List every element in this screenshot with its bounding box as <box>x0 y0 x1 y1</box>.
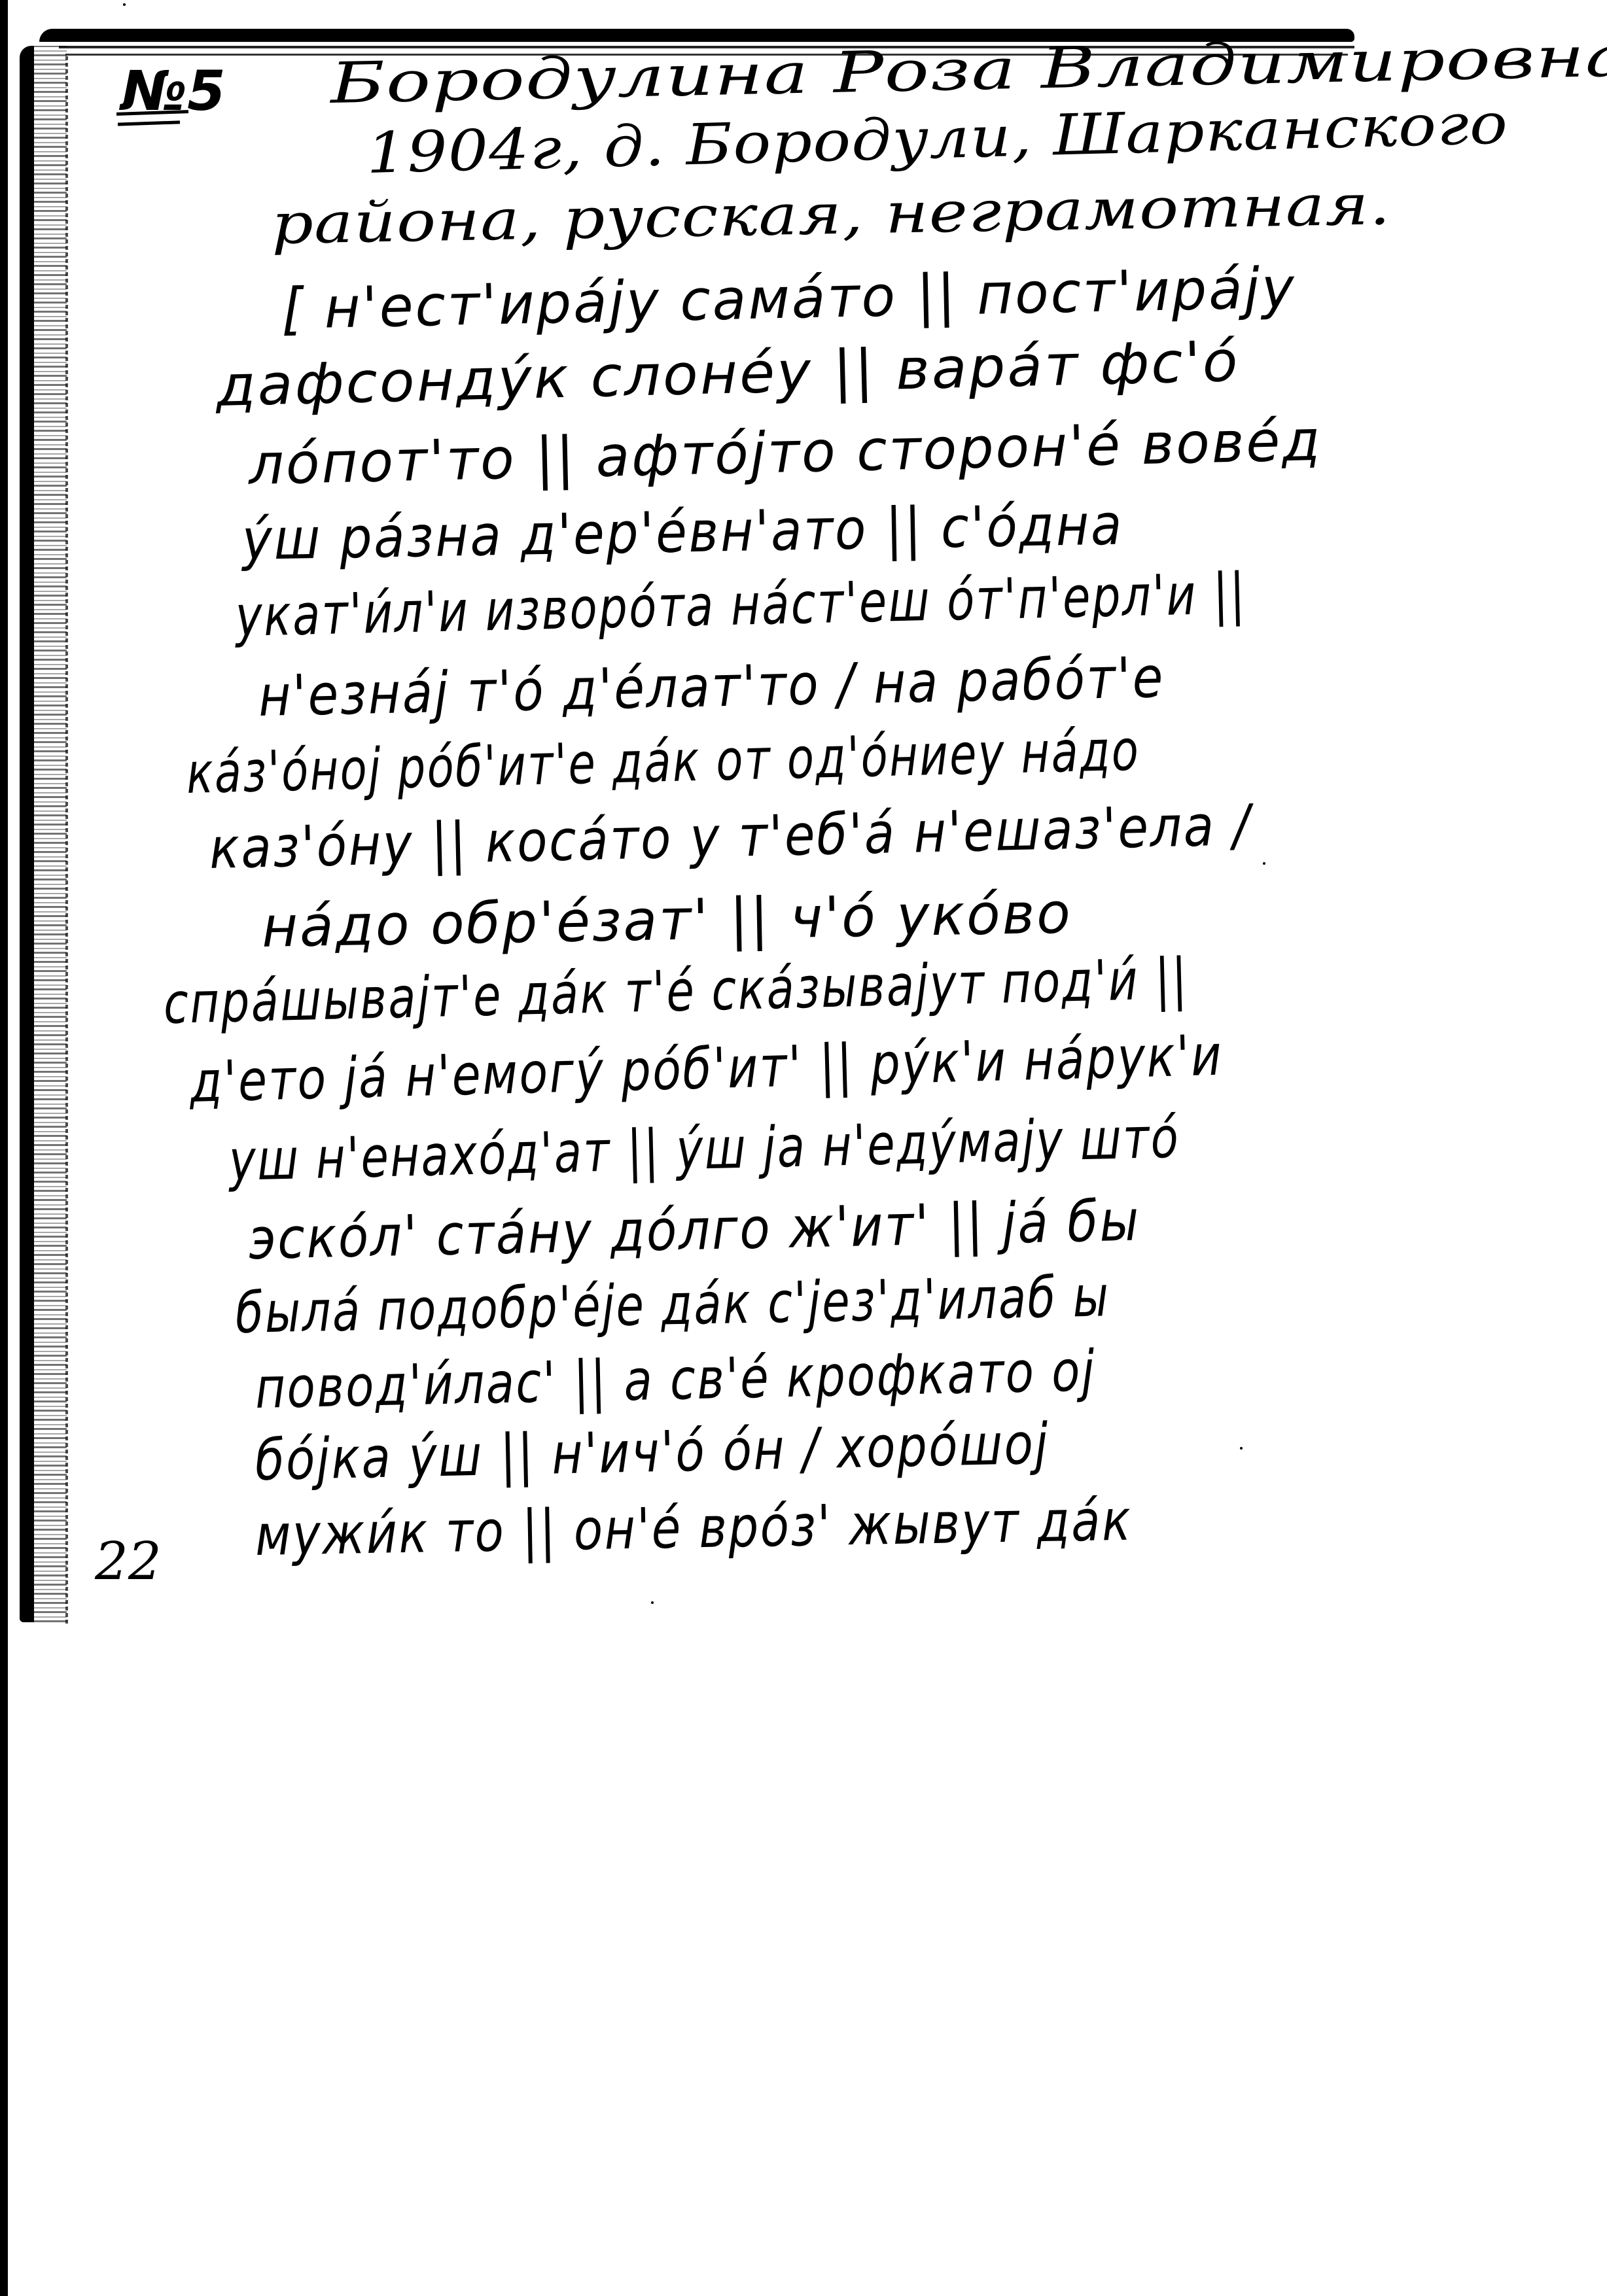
scan-speck <box>1240 1447 1243 1450</box>
transcript-line: каз'о́ну || коса́то у т'еб'а́ н'ешаз'ела… <box>209 797 1252 877</box>
transcript-line: [ н'ест'ира́ју сама́то || пост'ира́ју <box>281 260 1297 338</box>
transcript-line: на́до обр'е́зат' || ч'о́ уко́во <box>261 885 1072 956</box>
scan-speck <box>123 3 126 6</box>
scanned-notebook-page: №5 Бородулина Роза Владимировна 1904г, д… <box>0 0 1607 2296</box>
transcript-line: дафсондýк слоне́у || вара́т фс'о́ <box>215 334 1240 415</box>
transcript-line: спра́шывајт'е да́к т'е́ ска́зывајут под'… <box>163 951 1189 1032</box>
transcript-line: укат'и́л'и изворо́та на́ст'еш о́т'п'ерл'… <box>235 566 1247 645</box>
scanner-edge <box>0 0 8 2296</box>
transcript-line: д'ето ја́ н'емогу́ ро́б'ит' || ру́к'и на… <box>189 1028 1224 1111</box>
transcript-line: уш н'енахо́д'ат || у́ш ја н'еду́мају што… <box>228 1110 1180 1189</box>
binding-margin-line <box>65 54 68 1624</box>
transcript-line: ка́з'о́ној ро́б'ит'е да́к от од'о́ниеу н… <box>186 722 1140 802</box>
scan-speck <box>1263 862 1265 865</box>
transcript-line: была́ подобр'е́је да́к с'јез'д'илаб ы <box>235 1268 1110 1342</box>
transcript-line: н'езна́ј т'о́ д'е́лат'то / на рабо́т'е <box>258 650 1165 725</box>
informant-district-nationality: района, русская, неграмотная. <box>271 177 1391 252</box>
transcript-line: у́ш ра́зна д'ер'е́вн'ато || с'о́дна <box>241 496 1123 568</box>
notebook-binding <box>20 46 67 1622</box>
transcript-line: эско́л' ста́ну до́лго ж'ит' || ја́ бы <box>248 1192 1141 1268</box>
page-number: 22 <box>95 1531 162 1592</box>
transcript-line: повод'и́лас' || а св'е́ крофкато ој <box>255 1343 1097 1417</box>
transcript-line: ло́пот'то || афто́јто сторон'е́ вове́д <box>248 413 1322 493</box>
transcript-line: мужи́к то || он'е́ вро́з' жывут да́к <box>255 1493 1133 1564</box>
scan-speck <box>651 1601 654 1604</box>
transcript-line: бо́јка у́ш || н'ич'о́ о́н / хоро́шој <box>255 1416 1050 1489</box>
